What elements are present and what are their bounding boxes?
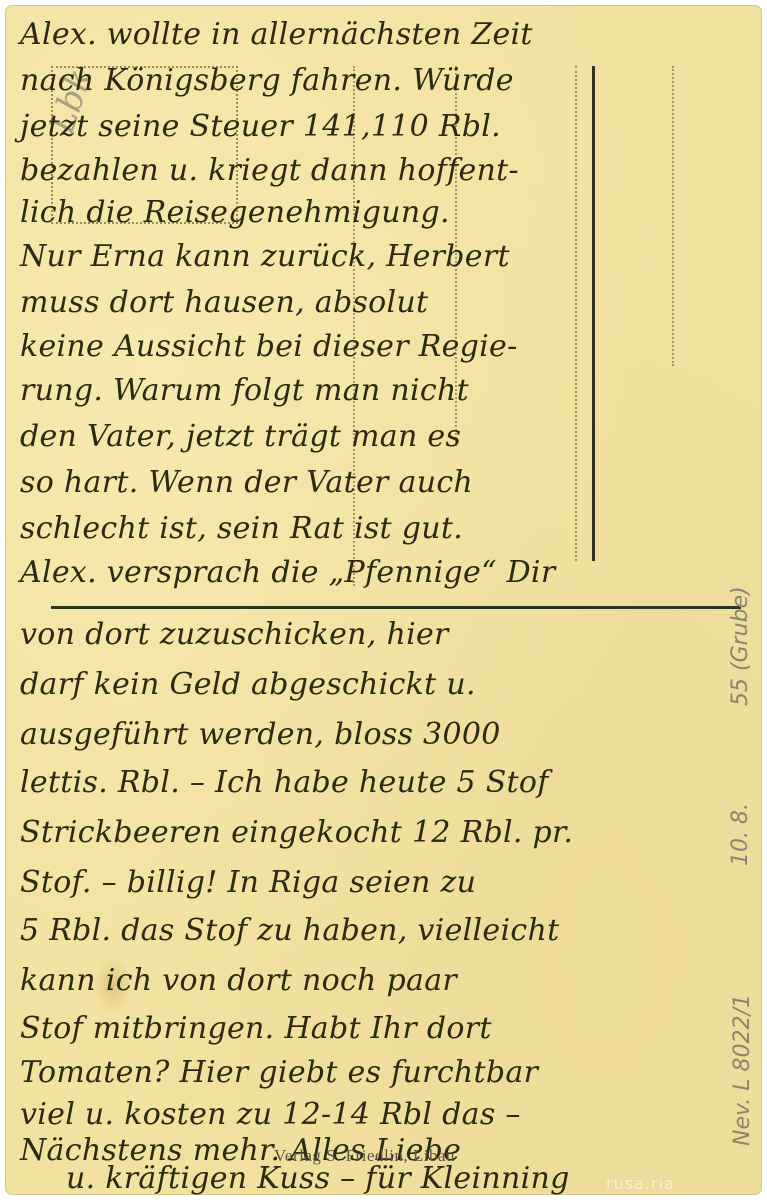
handwritten-line: viel u. kosten zu 12-14 Rbl das –	[20, 1100, 521, 1130]
handwritten-line: Tomaten? Hier giebt es furchtbar	[20, 1058, 538, 1088]
handwritten-line: keine Aussicht bei dieser Regie-	[20, 332, 518, 362]
handwritten-line: jetzt seine Steuer 141,110 Rbl.	[20, 112, 501, 142]
handwritten-line: schlecht ist, sein Rat ist gut.	[20, 514, 463, 544]
handwritten-line: von dort zuzuschicken, hier	[20, 620, 449, 650]
dotted-divider	[672, 66, 674, 366]
dotted-divider	[353, 66, 355, 586]
handwritten-line: bezahlen u. kriegt dann hoffent-	[20, 156, 519, 186]
handwritten-line: 5 Rbl. das Stof zu haben, vielleicht	[20, 916, 559, 946]
handwritten-line: den Vater, jetzt trägt man es	[20, 422, 461, 452]
handwritten-line: nach Königsberg fahren. Würde	[20, 66, 514, 96]
handwritten-line: ausgeführt werden, bloss 3000	[20, 720, 501, 750]
archive-margin-note: 55 (Grube)	[728, 586, 753, 706]
handwritten-line: kann ich von dort noch paar	[20, 966, 457, 996]
horizontal-rule	[51, 606, 741, 609]
handwritten-line: darf kein Geld abgeschickt u.	[20, 670, 476, 700]
handwritten-line: Alex. versprach die „Pfennige“ Dir	[20, 558, 555, 588]
handwritten-line: rung. Warum folgt man nicht	[20, 376, 469, 406]
handwritten-line: Alex. wollte in allernächsten Zeit	[20, 20, 533, 50]
postcard-back: Lbk Alex. wollte in allernächsten Zeit n…	[6, 6, 761, 1194]
address-divider-line	[592, 66, 595, 561]
handwritten-line: Stof. – billig! In Riga seien zu	[20, 868, 476, 898]
handwritten-line: Stof mitbringen. Habt Ihr dort	[20, 1014, 492, 1044]
handwritten-line: lich die Reisegenehmigung.	[20, 198, 450, 228]
handwritten-line: Strickbeeren eingekocht 12 Rbl. pr.	[20, 818, 573, 848]
archive-margin-note: Nev. L 8022/1	[730, 994, 755, 1146]
archive-margin-note: 10. 8.	[728, 803, 753, 866]
handwritten-line: so hart. Wenn der Vater auch	[20, 468, 473, 498]
handwritten-line: Nur Erna kann zurück, Herbert	[20, 242, 510, 272]
watermark: rusa.ria	[606, 1174, 675, 1193]
dotted-divider	[575, 66, 577, 561]
handwritten-line: lettis. Rbl. – Ich habe heute 5 Stof	[20, 768, 549, 798]
handwritten-line: muss dort hausen, absolut	[20, 288, 428, 318]
publisher-imprint: Verlag S. Friedlin, Libau	[274, 1146, 455, 1166]
handwritten-line: u. kräftigen Kuss – für Kleinning	[66, 1164, 570, 1194]
